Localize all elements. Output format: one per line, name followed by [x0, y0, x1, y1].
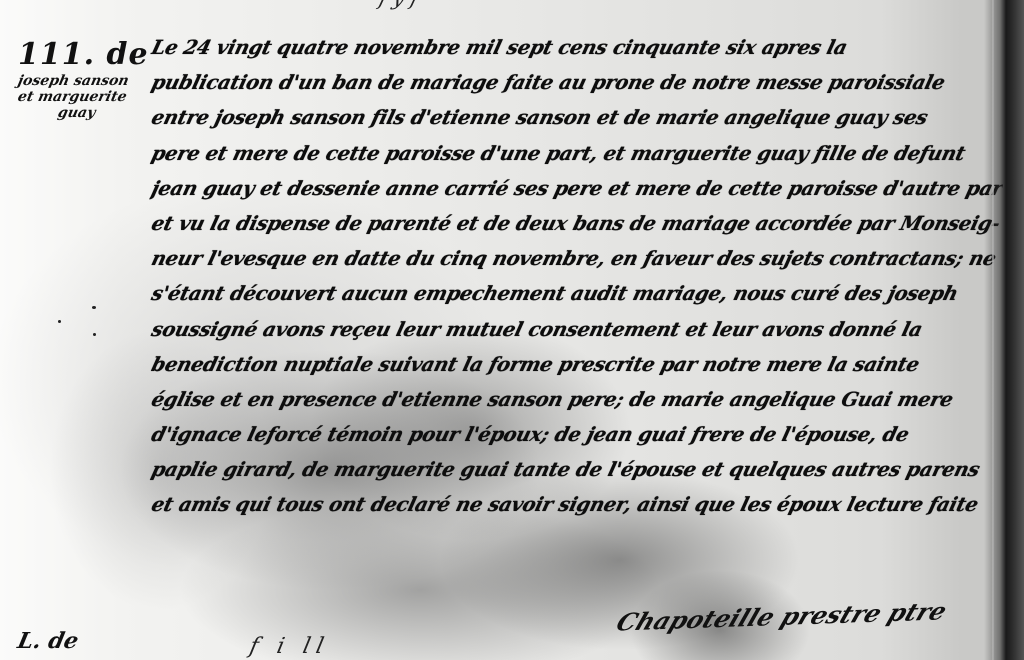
- record-line: neur l'evesque en datte du cinq novembre…: [148, 241, 1007, 276]
- scanned-register-page: f y f 111. de joseph sanson et marguerit…: [0, 0, 1024, 660]
- record-line: église et en presence d'etienne sanson p…: [148, 382, 1007, 417]
- record-line: paplie girard, de marguerite guai tante …: [148, 452, 1007, 487]
- record-body: Le 24 vingt quatre novembre mil sept cen…: [152, 30, 1002, 523]
- record-line: et amis qui tous ont declaré ne savoir s…: [148, 487, 1007, 522]
- record-line: entre joseph sanson fils d'etienne sanso…: [148, 100, 1007, 135]
- margin-line-surname: guay: [16, 105, 154, 121]
- margin-line-groom: joseph sanson: [16, 73, 154, 89]
- priest-signature: Chapoteille prestre ptre: [612, 596, 951, 636]
- next-entry-fragment-text: f i ll: [247, 634, 332, 659]
- record-line: benediction nuptiale suivant la forme pr…: [148, 347, 1007, 382]
- ink-speck: [93, 333, 96, 336]
- record-line: d'ignace leforcé témoin pour l'époux; de…: [148, 417, 1007, 452]
- record-line: Le 24 vingt quatre novembre mil sept cen…: [148, 30, 1007, 65]
- record-line: pere et mere de cette paroisse d'une par…: [148, 136, 1007, 171]
- margin-annotation: 111. de joseph sanson et marguerite guay: [18, 38, 153, 121]
- cut-off-text-top: f y f: [377, 0, 422, 10]
- margin-line-bride: et marguerite: [16, 89, 154, 105]
- record-line: soussigné avons reçeu leur mutuel consen…: [148, 312, 1007, 347]
- ink-speck: [58, 320, 61, 323]
- binding-edge-shadow: [984, 0, 1024, 660]
- record-line: s'étant découvert aucun empechement audi…: [148, 276, 1007, 311]
- entry-number: 111. de: [18, 38, 153, 73]
- record-line: et vu la dispense de parenté et de deux …: [148, 206, 1007, 241]
- next-entry-fragment: L. de: [15, 628, 81, 654]
- record-line: jean guay et dessenie anne carrié ses pe…: [148, 171, 1007, 206]
- record-line: publication d'un ban de mariage faite au…: [148, 65, 1007, 100]
- ink-speck: [92, 306, 96, 309]
